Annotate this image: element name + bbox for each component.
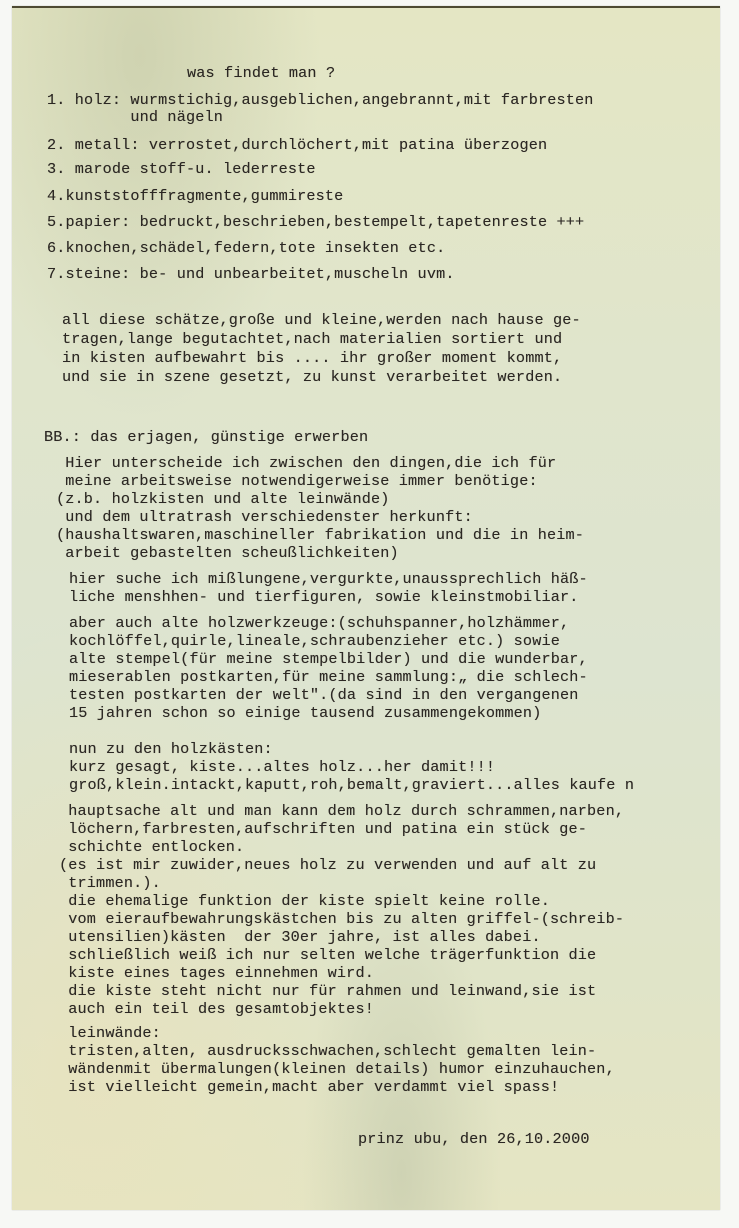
tools-paragraph-line: testen postkarten der welt".(da sind in …	[69, 686, 579, 704]
list-item-steine: 7.steine: be- und unbearbeitet,muscheln …	[47, 265, 455, 283]
tools-paragraph-line: aber auch alte holzwerkzeuge:(schuhspann…	[69, 614, 569, 632]
intro-paragraph-line: tragen,lange begutachtet,nach materialie…	[62, 330, 562, 348]
figures-paragraph-line: liche menshhen- und tierfiguren, sowie k…	[69, 588, 579, 606]
tools-paragraph-line: 15 jahren schon so einige tausend zusamm…	[69, 704, 541, 722]
history-paragraph-line: schichte entlocken.	[59, 838, 244, 856]
section-heading: BB.: das erjagen, günstige erwerben	[44, 428, 368, 446]
history-paragraph-line: die ehemalige funktion der kiste spielt …	[59, 892, 550, 910]
history-paragraph-line: hauptsache alt und man kann dem holz dur…	[59, 802, 624, 820]
intro-paragraph-line: in kisten aufbewahrt bis .... ihr großer…	[62, 349, 562, 367]
history-paragraph-line: kiste eines tages einnehmen wird.	[59, 964, 374, 982]
history-paragraph-line: löchern,farbresten,aufschriften und pati…	[59, 820, 587, 838]
intro-paragraph-line: all diese schätze,große und kleine,werde…	[62, 311, 581, 329]
distinction-paragraph-line: (z.b. holzkisten und alte leinwände)	[56, 490, 390, 508]
boxes-paragraph-line: nun zu den holzkästen:	[69, 740, 273, 758]
list-item-kunststoff: 4.kunststofffragmente,gummireste	[47, 187, 343, 205]
tools-paragraph-line: mieserablen postkarten,für meine sammlun…	[69, 668, 588, 686]
page-heading: was findet man ?	[187, 64, 335, 82]
list-item-knochen: 6.knochen,schädel,federn,tote insekten e…	[47, 239, 445, 257]
boxes-paragraph-line: kurz gesagt, kiste...altes holz...her da…	[69, 758, 495, 776]
history-paragraph-line: (es ist mir zuwider,neues holz zu verwen…	[59, 856, 596, 874]
list-item-holz-continued: und nägeln	[47, 108, 223, 126]
history-paragraph-line: die kiste steht nicht nur für rahmen und…	[59, 982, 596, 1000]
intro-paragraph-line: und sie in szene gesetzt, zu kunst verar…	[62, 368, 562, 386]
canvases-paragraph-line: ist vielleicht gemein,macht aber verdamm…	[59, 1078, 559, 1096]
history-paragraph-line: schließlich weiß ich nur selten welche t…	[59, 946, 596, 964]
canvases-paragraph-line: wändenmit übermalungen(kleinen details) …	[59, 1060, 615, 1078]
list-item-holz: 1. holz: wurmstichig,ausgeblichen,angebr…	[47, 91, 594, 109]
signature-date: prinz ubu, den 26,10.2000	[358, 1130, 590, 1148]
boxes-paragraph-line: groß,klein.intackt,kaputt,roh,bemalt,gra…	[69, 776, 634, 794]
figures-paragraph-line: hier suche ich mißlungene,vergurkte,unau…	[69, 570, 588, 588]
distinction-paragraph-line: arbeit gebastelten scheußlichkeiten)	[56, 544, 399, 562]
list-item-papier: 5.papier: bedruckt,beschrieben,bestempel…	[47, 213, 584, 231]
tools-paragraph-line: alte stempel(für meine stempelbilder) un…	[69, 650, 588, 668]
history-paragraph-line: vom eieraufbewahrungskästchen bis zu alt…	[59, 910, 624, 928]
distinction-paragraph-line: (haushaltswaren,maschineller fabrikation…	[56, 526, 584, 544]
distinction-paragraph-line: meine arbeitsweise notwendigerweise imme…	[56, 472, 538, 490]
history-paragraph-line: trimmen.).	[59, 874, 161, 892]
history-paragraph-line: utensilien)kästen der 30er jahre, ist al…	[59, 928, 541, 946]
distinction-paragraph-line: Hier unterscheide ich zwischen den dinge…	[56, 454, 556, 472]
distinction-paragraph-line: und dem ultratrash verschiedenster herku…	[56, 508, 473, 526]
history-paragraph-line: auch ein teil des gesamtobjektes!	[59, 1000, 374, 1018]
list-item-stoff: 3. marode stoff-u. lederreste	[47, 160, 316, 178]
tools-paragraph-line: kochlöffel,quirle,lineale,schraubenziehe…	[69, 632, 560, 650]
canvases-paragraph-line: tristen,alten, ausdrucksschwachen,schlec…	[59, 1042, 596, 1060]
list-item-metall: 2. metall: verrostet,durchlöchert,mit pa…	[47, 136, 547, 154]
canvases-paragraph-line: leinwände:	[59, 1024, 161, 1042]
